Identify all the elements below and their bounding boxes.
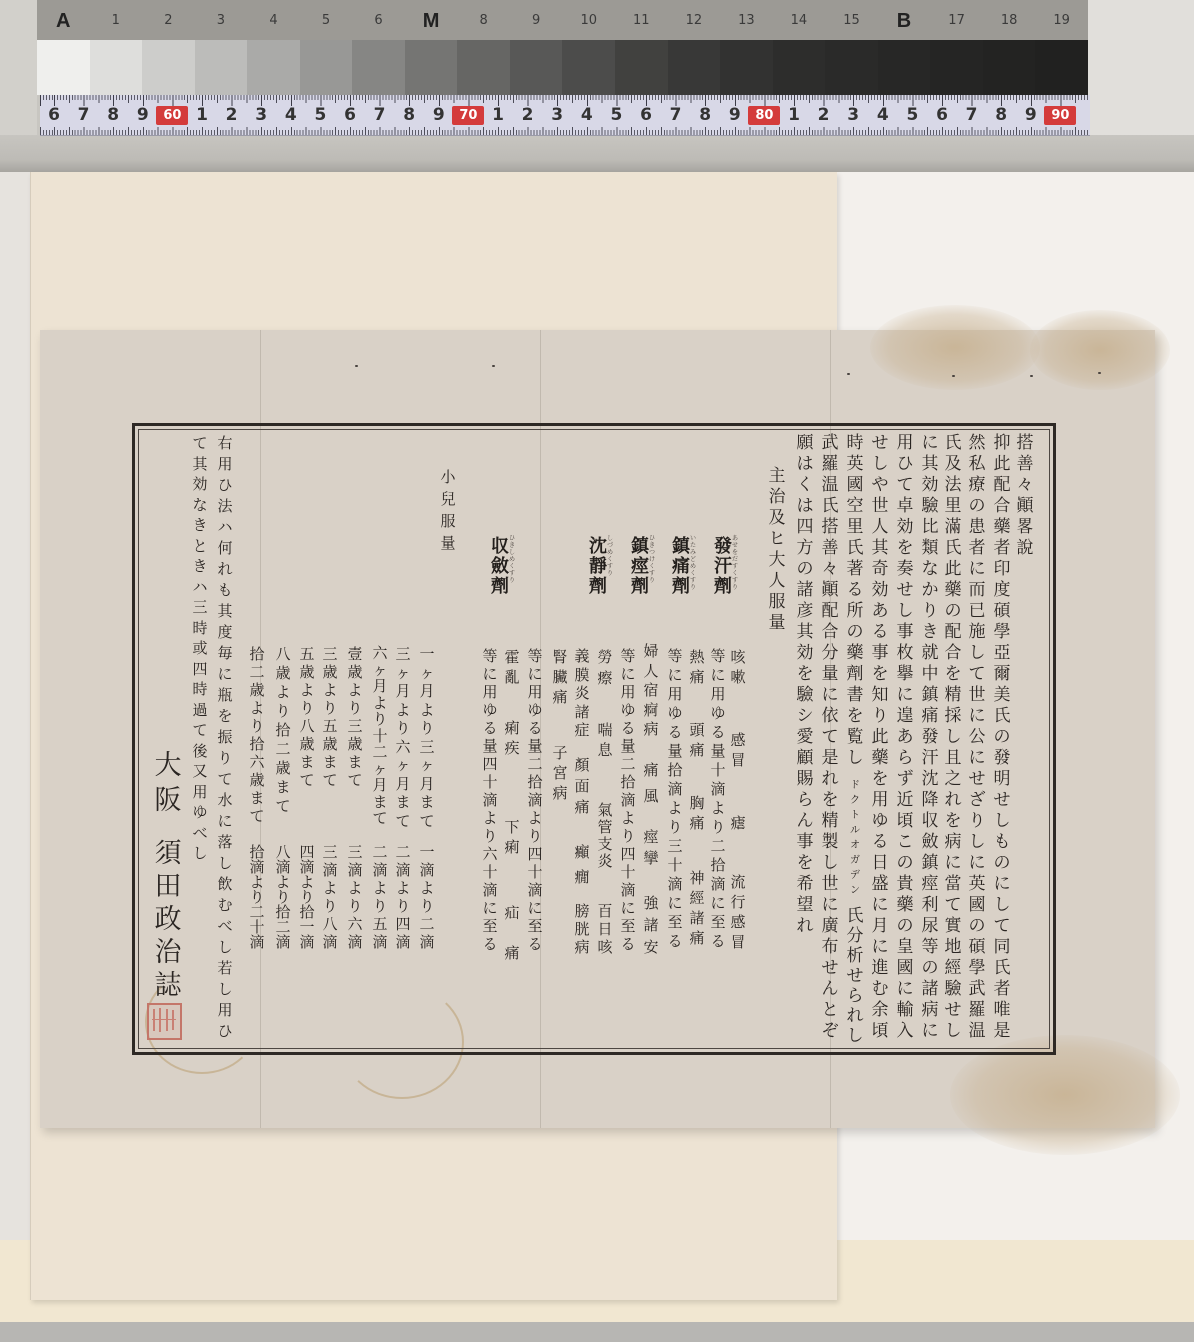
ruler-label: 2 <box>809 106 839 125</box>
patch-label: 15 <box>825 0 878 40</box>
glyph: ゆ <box>707 704 729 723</box>
glyph: し <box>966 643 988 664</box>
glyph: り <box>392 719 414 738</box>
glyph: ゆ <box>479 701 501 719</box>
glyph: 咳 <box>594 938 616 956</box>
glyph: あ <box>731 535 739 542</box>
glyph: め <box>508 556 516 563</box>
glyph: る <box>524 719 546 737</box>
glyph: 瓶 <box>214 685 236 706</box>
glyph: 實 <box>942 916 964 937</box>
patch-label: 14 <box>773 0 826 40</box>
preface-column: 然私療の患者に而已施して世に公にせざりしに英國の碩學武羅温 <box>966 433 988 1042</box>
gray-patches <box>37 40 1088 95</box>
ruler-label: 3 <box>246 106 276 125</box>
glyph: よ <box>617 809 639 827</box>
glyph: 然 <box>966 433 988 454</box>
glyph: 亞 <box>991 643 1013 664</box>
glyph: 大 <box>151 748 185 783</box>
glyph: 三 <box>319 843 341 861</box>
glyph: 擧 <box>894 664 916 685</box>
ruler-label: 7 <box>69 106 99 125</box>
glyph: 六 <box>344 915 366 933</box>
glyph: 三 <box>189 597 211 618</box>
glyph: 歳 <box>319 735 341 753</box>
child-age-range: 一ヶ月より三ヶ月まて <box>416 645 438 830</box>
glyph: 子 <box>549 743 571 763</box>
glyph: 滴 <box>664 780 686 799</box>
glyph: に <box>819 895 841 916</box>
glyph: 鎮 <box>919 853 941 874</box>
gray-patch <box>773 40 826 95</box>
glyph: る <box>617 719 639 737</box>
glyph: き <box>919 622 941 643</box>
glyph: 用 <box>479 683 501 701</box>
glyph: 冒 <box>727 750 749 770</box>
glyph: 是 <box>991 1021 1013 1042</box>
child-age-range: 拾二歳より拾六歳まて <box>246 645 268 825</box>
glyph: ん <box>794 811 816 832</box>
glyph: 里 <box>942 496 964 517</box>
glyph: せ <box>894 580 916 601</box>
seal-stroke <box>152 1019 176 1020</box>
glyph: 歳 <box>296 735 318 753</box>
patch-label: 12 <box>668 0 721 40</box>
glyph: る <box>479 935 501 953</box>
glyph: 収 <box>919 811 941 832</box>
glyph: り <box>272 702 294 721</box>
glyph: 歳 <box>319 663 341 681</box>
stain <box>870 305 1040 390</box>
glyph: 望 <box>794 895 816 916</box>
glyph: を <box>844 706 866 727</box>
glyph: 病 <box>919 1000 941 1021</box>
glyph: 用 <box>617 683 639 701</box>
glyph: く <box>648 563 656 570</box>
glyph: 歳 <box>344 735 366 753</box>
glyph: た <box>689 542 697 549</box>
preface-column: 時英國空里氏著る所の藥劑書を覧し <box>844 433 866 769</box>
glyph: よ <box>479 809 501 827</box>
glyph: る <box>844 580 866 601</box>
glyph: 公 <box>966 727 988 748</box>
glyph: 其 <box>794 622 816 643</box>
dose-line: 等に用ゆる量十滴より二拾滴に至る <box>707 647 729 951</box>
seal-stroke <box>159 1008 161 1032</box>
glyph: に <box>819 685 841 706</box>
glyph: 氏 <box>942 433 964 454</box>
glyph: 勞 <box>594 647 616 668</box>
glyph: 氏 <box>942 538 964 559</box>
ruler-label: 9 <box>720 106 750 125</box>
pin-mark <box>1098 372 1101 374</box>
glyph: 熱 <box>686 647 708 667</box>
glyph: を <box>794 853 816 874</box>
glyph: や <box>869 475 891 496</box>
glyph: 温 <box>819 475 841 496</box>
glyph: 十 <box>479 773 501 791</box>
glyph: 治 <box>766 487 788 508</box>
glyph: 瘵 <box>594 668 616 689</box>
glyph: に <box>991 874 1013 895</box>
glyph: 遑 <box>894 706 916 727</box>
glyph: 顚 <box>1014 496 1036 517</box>
glyph: 諸 <box>686 908 708 928</box>
glyph: 痙 <box>640 827 662 848</box>
glyph: 痛 <box>686 928 708 948</box>
glyph: 皇 <box>894 937 916 958</box>
glyph: 四 <box>617 845 639 863</box>
glyph: せ <box>869 433 891 454</box>
glyph: 奇 <box>869 559 891 580</box>
glyph: 及 <box>766 508 788 529</box>
glyph: 若 <box>214 958 236 979</box>
usage-note-column: 右用ひ法ハ何れも其度毎に瓶を振りて水に落し飲むべし若し用ひ <box>214 433 236 1042</box>
glyph: 量 <box>707 742 729 761</box>
glyph: ド <box>848 778 862 793</box>
glyph: ハ <box>214 517 236 538</box>
ruler-label: 8 <box>98 106 128 125</box>
glyph: 瘧 <box>727 813 749 833</box>
ailment: 氣管支炎 <box>594 802 616 870</box>
glyph: 此 <box>942 559 964 580</box>
glyph: て <box>942 895 964 916</box>
glyph: れ <box>214 559 236 580</box>
glyph: 發 <box>919 727 941 748</box>
patch-label: 8 <box>457 0 510 40</box>
ruler-label-highlight: 60 <box>156 106 188 125</box>
glyph: 英 <box>844 454 866 475</box>
glyph: 用 <box>664 685 686 704</box>
glyph: ざ <box>966 790 988 811</box>
glyph: 藥 <box>942 580 964 601</box>
glyph: 學 <box>991 622 1013 643</box>
glyph: 拾 <box>272 721 294 740</box>
glyph: す <box>606 563 614 570</box>
ruler-label: 8 <box>394 106 424 125</box>
glyph: す <box>731 577 739 584</box>
glyph: 地 <box>942 937 964 958</box>
glyph: 六 <box>246 753 268 771</box>
glyph: く <box>606 556 614 563</box>
glyph: 彦 <box>794 601 816 622</box>
glyph: 効 <box>919 475 941 496</box>
glyph: を <box>942 664 964 685</box>
ruler-label: 7 <box>661 106 691 125</box>
gray-patch <box>352 40 405 95</box>
glyph: だ <box>731 556 739 563</box>
glyph: 二 <box>369 744 391 761</box>
gray-patch <box>720 40 773 95</box>
gray-patch <box>37 40 90 95</box>
glyph: 二 <box>617 755 639 773</box>
glyph: 拾 <box>246 735 268 753</box>
glyph: 製 <box>819 832 841 853</box>
glyph: 覧 <box>844 727 866 748</box>
glyph: 等 <box>919 937 941 958</box>
glyph: 國 <box>844 475 866 496</box>
glyph: 霍 <box>501 647 523 667</box>
ailment: 百日咳 <box>594 902 616 956</box>
ailment: 顏面痛 <box>571 755 593 818</box>
preface-column: 氏分析せられし <box>844 906 866 1046</box>
glyph: 諸 <box>571 703 593 722</box>
gray-patch <box>247 40 300 95</box>
glyph: 管 <box>594 819 616 836</box>
glyph: の <box>894 853 916 874</box>
ailment: 瘧 <box>727 813 749 833</box>
glyph: 諸 <box>640 914 662 936</box>
glyph: し <box>508 549 516 556</box>
patch-label: 4 <box>247 0 300 40</box>
glyph: 水 <box>214 790 236 811</box>
glyph: 用 <box>707 685 729 704</box>
glyph: 滴 <box>344 861 366 879</box>
glyph: 度 <box>214 622 236 643</box>
glyph: 等 <box>707 647 729 666</box>
ailment: 義膜炎諸症 <box>571 647 593 740</box>
glyph: て <box>416 812 438 831</box>
glyph: 近 <box>894 790 916 811</box>
measuring-ruler: 6 7 8 9 60 1 2 3 4 5 6 7 8 9 70 1 2 3 4 … <box>40 95 1090 136</box>
ruler-label: 4 <box>868 106 898 125</box>
glyph: 其 <box>214 601 236 622</box>
ailment: 痢疾 <box>501 718 523 758</box>
glyph: し <box>942 1021 964 1042</box>
glyph: 尿 <box>919 916 941 937</box>
glyph: 歳 <box>272 759 294 778</box>
glyph: 藥 <box>991 517 1013 538</box>
glyph: 滴 <box>617 791 639 809</box>
glyph: 進 <box>869 958 891 979</box>
glyph: 月 <box>416 775 438 794</box>
glyph: 者 <box>966 538 988 559</box>
glyph: 政 <box>151 903 185 936</box>
archival-scan: A 1 2 3 4 5 6 M 8 9 10 11 12 13 14 15 B … <box>0 0 1194 1342</box>
glyph: 印 <box>991 559 1013 580</box>
ailment: 神經諸痛 <box>686 868 708 948</box>
glyph: に <box>966 706 988 727</box>
glyph: 須 <box>151 837 185 870</box>
glyph: に <box>617 899 639 917</box>
glyph: 効 <box>794 643 816 664</box>
glyph: 降 <box>919 790 941 811</box>
glyph: 沈 <box>919 769 941 790</box>
glyph: 胸 <box>686 793 708 813</box>
katakana-name: ドクトルオガデン <box>848 778 862 898</box>
ruler-label: 6 <box>631 106 661 125</box>
glyph: 疾 <box>501 738 523 758</box>
gray-patch <box>562 40 615 95</box>
glyph: 碩 <box>966 937 988 958</box>
glyph: 氏 <box>844 538 866 559</box>
glyph: 搭 <box>819 517 841 538</box>
glyph: 冒 <box>727 932 749 952</box>
glyph: り <box>344 699 366 717</box>
glyph: 六 <box>479 845 501 863</box>
glyph: 卓 <box>894 496 916 517</box>
preface-column: 抑此配合藥者印度碩學亞爾美氏の發明せしものにして同氏者唯是 <box>991 433 1013 1042</box>
glyph: 至 <box>479 917 501 935</box>
glyph: 等 <box>617 647 639 665</box>
glyph: 人 <box>640 662 662 682</box>
glyph: て <box>319 771 341 789</box>
glyph: め <box>606 549 614 556</box>
glyph: ま <box>296 753 318 771</box>
patch-label: 2 <box>142 0 195 40</box>
glyph: 治 <box>151 936 185 969</box>
glyph: 月 <box>369 678 391 695</box>
glyph: 温 <box>966 1021 988 1042</box>
glyph: 過 <box>189 700 211 721</box>
gray-patch <box>1035 40 1088 95</box>
ruler-label: 3 <box>542 106 572 125</box>
ruler-label: 1 <box>187 106 217 125</box>
glyph: か <box>919 580 941 601</box>
glyph: ヒ <box>766 529 788 550</box>
glyph: り <box>606 570 614 577</box>
glyph: す <box>648 570 656 577</box>
patch-label: A <box>37 0 90 40</box>
ailment: 疝痛 <box>501 893 523 973</box>
glyph: む <box>214 895 236 916</box>
glyph: ヶ <box>369 761 391 778</box>
glyph: 三 <box>664 837 686 856</box>
glyph: り <box>919 601 941 622</box>
ruler-label: 5 <box>305 106 335 125</box>
glyph: る <box>869 832 891 853</box>
child-dose: 二滴より五滴 <box>369 843 391 951</box>
child-age-range: 六ヶ月より十二ヶ月まて <box>369 645 391 827</box>
glyph: 十 <box>524 863 546 881</box>
glyph: し <box>189 843 211 864</box>
glyph: 頃 <box>869 1021 891 1042</box>
glyph: 滴 <box>272 935 294 950</box>
glyph: に <box>869 937 891 958</box>
glyph: 三 <box>344 717 366 735</box>
glyph: き <box>189 556 211 577</box>
glyph: 至 <box>664 913 686 932</box>
glyph: と <box>189 536 211 557</box>
glyph: 膜 <box>571 666 593 685</box>
glyph: を <box>731 549 739 556</box>
glyph: り <box>648 577 656 584</box>
glyph: ゆ <box>189 802 211 823</box>
glyph: 等 <box>664 647 686 666</box>
ruler-label: 9 <box>128 106 158 125</box>
glyph: い <box>689 535 697 542</box>
seal-stroke <box>153 1009 155 1031</box>
glyph: に <box>214 664 236 685</box>
glyph: 利 <box>919 895 941 916</box>
glyph: 月 <box>416 682 438 701</box>
glyph: べ <box>189 823 211 844</box>
glyph: 飲 <box>214 874 236 895</box>
glyph: 八 <box>296 717 318 735</box>
glyph: ハ <box>189 577 211 598</box>
glyph: オ <box>848 838 862 853</box>
glyph: り <box>524 827 546 845</box>
glyph: 配 <box>991 475 1013 496</box>
glyph: り <box>707 818 729 837</box>
glyph: 精 <box>942 685 964 706</box>
glyph: 及 <box>942 454 964 475</box>
glyph: り <box>416 897 438 915</box>
ailment: 強諸安 <box>640 892 662 958</box>
glyph: り <box>966 811 988 832</box>
glyph: 二 <box>246 663 268 681</box>
glyph: 中 <box>919 664 941 685</box>
ruler-label: 1 <box>483 106 513 125</box>
glyph: 疝 <box>501 893 523 933</box>
glyph: 行 <box>727 892 749 912</box>
glyph: 是 <box>819 748 841 769</box>
adult-dosage-heading: 主治及ヒ大人服量 <box>766 466 788 634</box>
glyph: 支 <box>594 836 616 853</box>
glyph: 諸 <box>919 979 941 1000</box>
glyph: 時 <box>189 618 211 639</box>
glyph: 藥 <box>869 748 891 769</box>
glyph: 々 <box>819 559 841 580</box>
glyph: 痛 <box>501 933 523 973</box>
glyph: に <box>524 665 546 683</box>
glyph: り <box>369 711 391 728</box>
gray-patch <box>878 40 931 95</box>
glyph: に <box>966 853 988 874</box>
glyph: 分 <box>819 643 841 664</box>
ruler-label-highlight: 80 <box>748 106 780 125</box>
glyph: 至 <box>617 917 639 935</box>
glyph: 義 <box>571 647 593 666</box>
glyph: 經 <box>686 888 708 908</box>
glyph: 誌 <box>151 969 185 1002</box>
glyph: 驗 <box>919 496 941 517</box>
glyph: 歳 <box>272 664 294 683</box>
glyph: ま <box>344 753 366 771</box>
glyph: 世 <box>869 496 891 517</box>
glyph: 量 <box>617 737 639 755</box>
ailment: 感冒 <box>727 730 749 770</box>
glyph: の <box>919 958 941 979</box>
glyph: り <box>689 584 697 591</box>
pin-mark <box>952 375 955 377</box>
category-ruby: ひきつけくすり <box>648 535 656 584</box>
glyph: に <box>664 894 686 913</box>
glyph: 十 <box>664 856 686 875</box>
glyph: つ <box>648 549 656 556</box>
child-dose: 一滴より二滴 <box>416 843 438 951</box>
ailment: 癲癇 <box>571 840 593 890</box>
glyph: ル <box>848 823 862 838</box>
glyph: 十 <box>369 728 391 745</box>
glyph: な <box>189 495 211 516</box>
category-ruby: いたみどめくすり <box>689 535 697 591</box>
glyph: は <box>794 454 816 475</box>
preface-column: 氏及法里滿氏此藥の配合を精採し且之れを病に當て實地經驗せし <box>942 433 964 1042</box>
patch-label: 17 <box>930 0 983 40</box>
child-age-range: 五歳より八歳まて <box>296 645 318 789</box>
ruler-label: 2 <box>217 106 247 125</box>
glyph: を <box>942 811 964 832</box>
bottom-surface <box>0 1322 1194 1342</box>
glyph: 痛 <box>640 757 662 783</box>
glyph: 國 <box>894 958 916 979</box>
ruler-label: 6 <box>335 106 365 125</box>
glyph: 十 <box>617 863 639 881</box>
glyph: ま <box>319 753 341 771</box>
glyph: 病 <box>549 783 571 803</box>
glyph: 滴 <box>479 791 501 809</box>
